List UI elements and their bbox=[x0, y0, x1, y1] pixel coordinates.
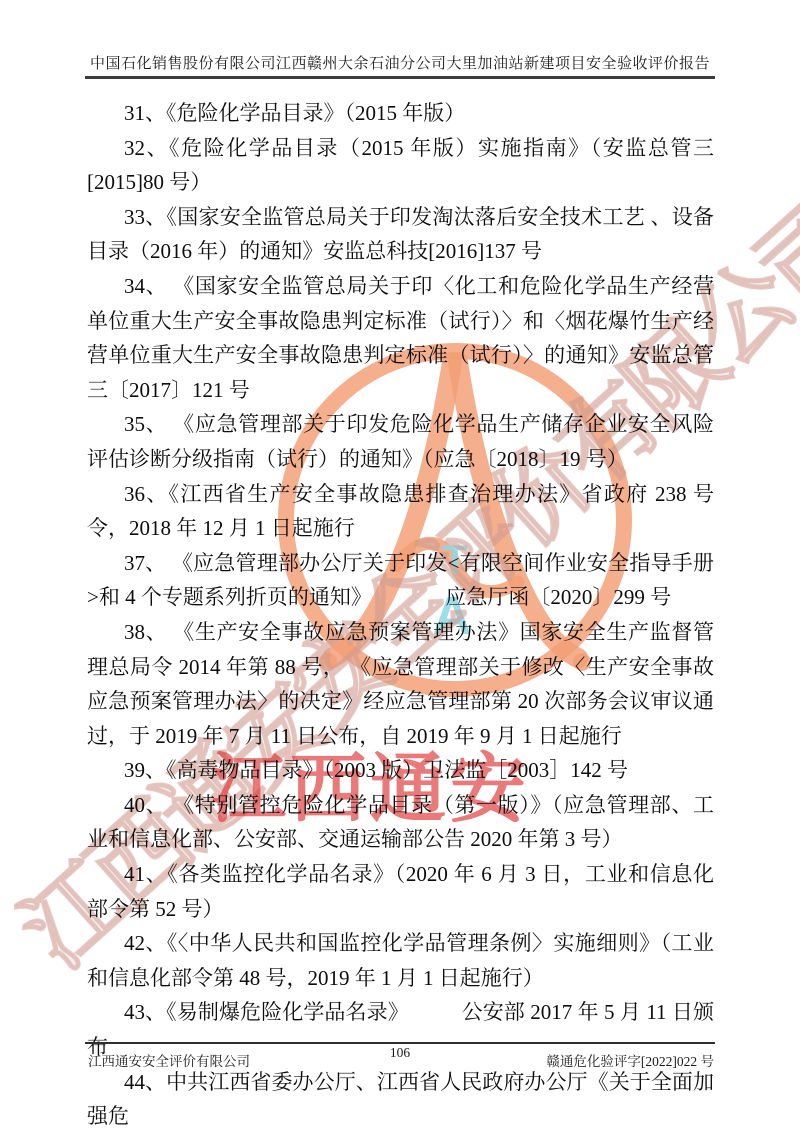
list-item: 37、 《应急管理部办公厅关于印发<有限空间作业安全指导手册>和 4 个专题系列… bbox=[87, 546, 714, 615]
list-item: 38、 《生产安全事故应急预案管理办法》国家安全生产监督管理总局令 2014 年… bbox=[87, 615, 714, 753]
list-item: 34、 《国家安全监管总局关于印〈化工和危险化学品生产经营单位重大生产安全事故隐… bbox=[87, 269, 714, 407]
footer-doc-number: 赣通危化验评字[2022]022 号 bbox=[546, 1050, 714, 1070]
list-item: 39、《高毒物品目录》（2003 版）卫法监［2003］142 号 bbox=[87, 753, 714, 788]
document-page: T A 江西通安安全评价有限公司 江西通安 中国石化销售股份有限公司江西赣州大余… bbox=[0, 0, 800, 1131]
footer-rule bbox=[85, 1042, 715, 1044]
list-item: 41、《各类监控化学品名录》（2020 年 6 月 3 日，工业和信息化部令第 … bbox=[87, 857, 714, 926]
page-header-title: 中国石化销售股份有限公司江西赣州大余石油分公司大里加油站新建项目安全验收评价报告 bbox=[85, 52, 715, 73]
list-item: 32、《危险化学品目录（2015 年版）实施指南》（安监总管三[2015]80 … bbox=[87, 131, 714, 200]
reference-list: 31、《危险化学品目录》（2015 年版）32、《危险化学品目录（2015 年版… bbox=[87, 96, 714, 1131]
list-item: 40、 《特别管控危险化学品目录（第一版）》（应急管理部、工业和信息化部、公安部… bbox=[87, 788, 714, 857]
header-rule bbox=[85, 76, 715, 79]
list-item: 31、《危险化学品目录》（2015 年版） bbox=[87, 96, 714, 131]
list-item: 44、中共江西省委办公厅、江西省人民政府办公厅《关于全面加强危 bbox=[87, 1065, 714, 1131]
list-item: 35、 《应急管理部关于印发危险化学品生产储存企业安全风险评估诊断分级指南（试行… bbox=[87, 407, 714, 476]
list-item: 36、《江西省生产安全事故隐患排查治理办法》省政府 238 号令，2018 年 … bbox=[87, 477, 714, 546]
page-content: 中国石化销售股份有限公司江西赣州大余石油分公司大里加油站新建项目安全验收评价报告… bbox=[0, 0, 800, 1131]
list-item: 33、《国家安全监管总局关于印发淘汰落后安全技术工艺 、设备目录（2016 年）… bbox=[87, 200, 714, 269]
list-item: 42、《〈中华人民共和国监控化学品管理条例〉实施细则》（工业和信息化部令第 48… bbox=[87, 926, 714, 995]
